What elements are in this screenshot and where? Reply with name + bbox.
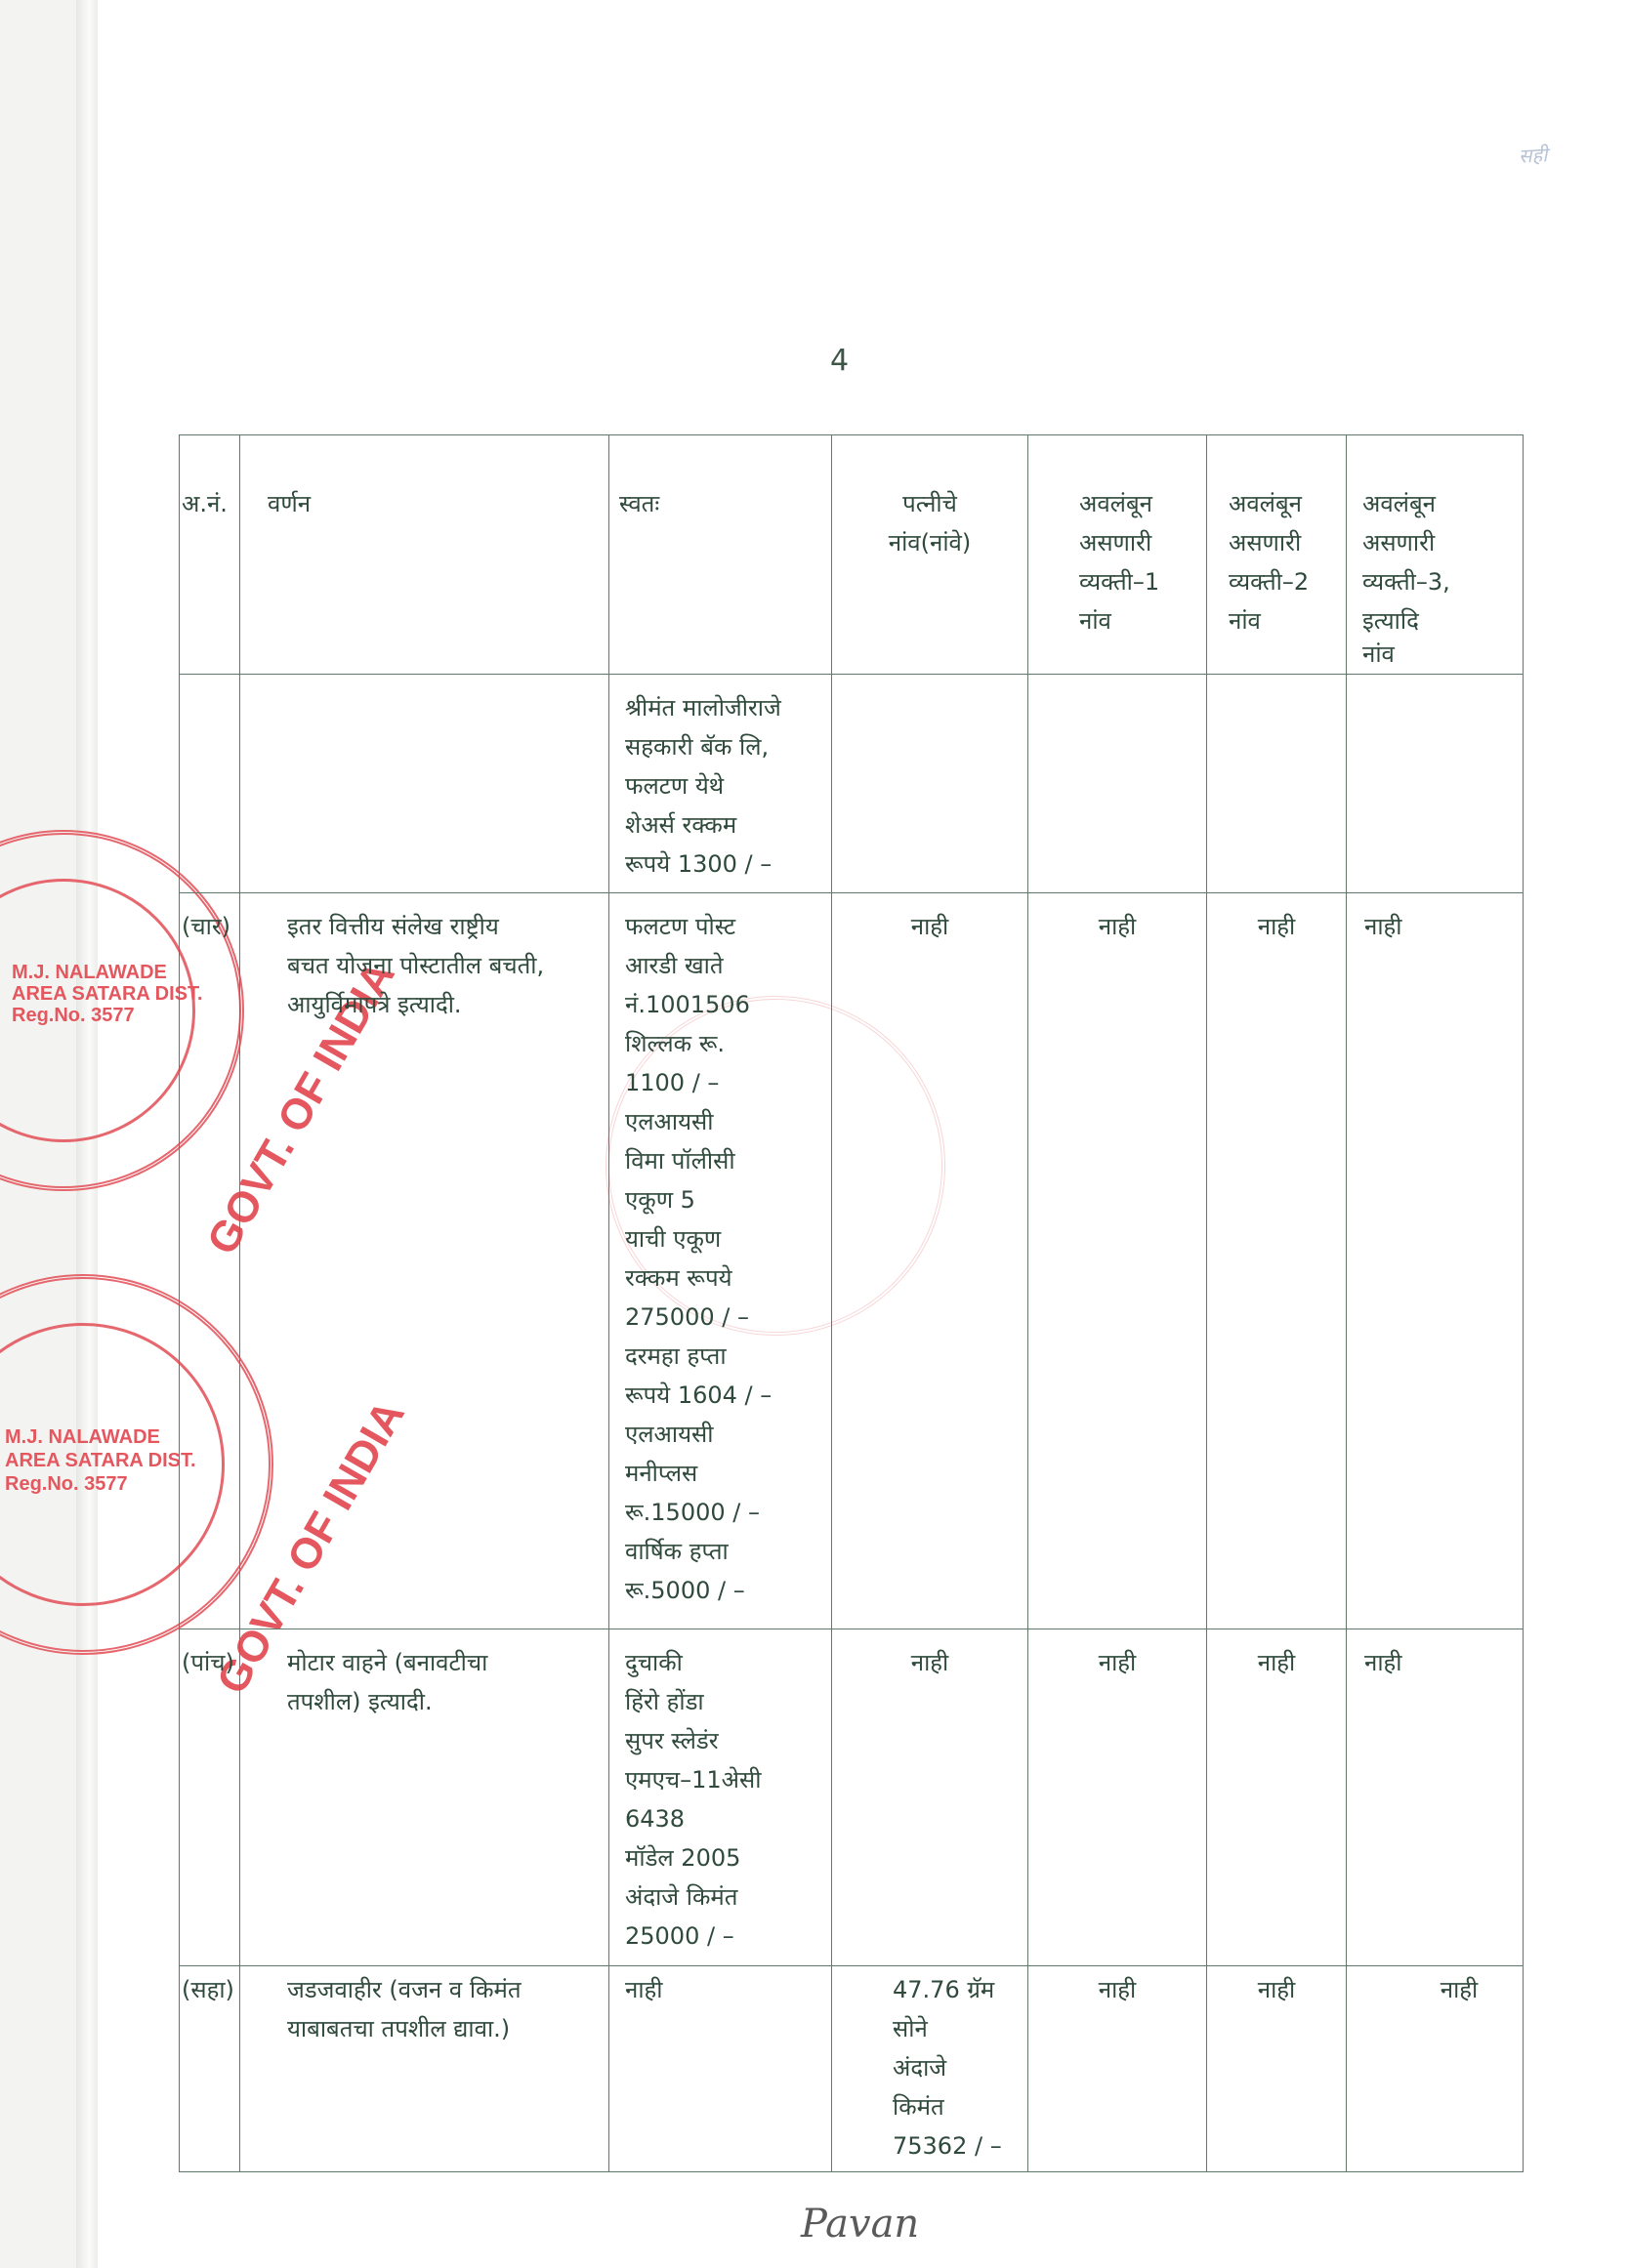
- stamp-reg: Reg.No. 3577: [12, 1005, 203, 1026]
- cell-line: हिंरो होंडा: [625, 1682, 821, 1721]
- cell-line: एमएच–11अेसी: [625, 1760, 821, 1799]
- header-dependent-1: अवलंबून असणारी व्यक्ती–1 नांव: [1028, 435, 1207, 675]
- cell-self: फलटण पोस्ट आरडी खाते नं.1001506 शिल्लक र…: [609, 893, 832, 1629]
- cell-line: मोटार वाहने (बनावटीचा: [287, 1643, 599, 1682]
- cell-line: 25000 / –: [625, 1917, 821, 1956]
- table-row: श्रीमंत मालोजीराजे सहकारी बॅक लि, फलटण य…: [180, 675, 1524, 893]
- cell-line: शेअर्स रक्कम: [625, 805, 821, 845]
- header-line: नांव(नांवे): [842, 523, 1018, 562]
- cell-description: मोटार वाहने (बनावटीचा तपशील) इत्यादी.: [240, 1629, 609, 1966]
- cell-line: मॉडेल 2005: [625, 1838, 821, 1877]
- cell-dependent-2: [1207, 675, 1347, 893]
- header-dependent-3: अवलंबून असणारी व्यक्ती–3, इत्यादि नांव: [1347, 435, 1524, 675]
- cell-spouse: 47.76 ग्रॅम सोने अंदाजे किमंत 75362 / –: [832, 1966, 1028, 2172]
- cell-line: फलटण येथे: [625, 766, 821, 805]
- table-row: (पांच) मोटार वाहने (बनावटीचा तपशील) इत्य…: [180, 1629, 1524, 1966]
- header-serial: अ.नं.: [180, 435, 240, 675]
- cell-line: किमंत: [893, 2087, 1018, 2126]
- cell-dependent-1: नाही: [1028, 1966, 1207, 2172]
- cell-description: इतर वित्तीय संलेख राष्ट्रीय बचत योजना पो…: [240, 893, 609, 1629]
- cell-line: रू.5000 / –: [625, 1571, 821, 1610]
- cell-dependent-3: नाही: [1347, 1629, 1524, 1966]
- header-line: पत्नीचे: [842, 484, 1018, 523]
- stamp-upper-text: M.J. NALAWADE AREA SATARA DIST. Reg.No. …: [12, 962, 203, 1026]
- asset-declaration-table: अ.नं. वर्णन स्वतः पत्नीचे नांव(नांवे) अव…: [179, 434, 1524, 2172]
- cell-description: [240, 675, 609, 893]
- cell-line: आयुर्विमापत्रे इत्यादी.: [287, 985, 599, 1024]
- page-number: 4: [830, 344, 849, 378]
- cell-line: रू.15000 / –: [625, 1493, 821, 1532]
- cell-line: श्रीमंत मालोजीराजे: [625, 688, 821, 727]
- cell-serial: (चार): [180, 893, 240, 1629]
- cell-dependent-2: नाही: [1207, 1629, 1347, 1966]
- cell-line: शिल्लक रू.: [625, 1024, 821, 1063]
- cell-line: बचत योजना पोस्टातील बचती,: [287, 946, 599, 985]
- header-line: अवलंबून: [1362, 484, 1513, 523]
- cell-line: एलआयसी: [625, 1102, 821, 1141]
- cell-dependent-3: नाही: [1347, 893, 1524, 1629]
- cell-line: अंदाजे किमंत: [625, 1877, 821, 1917]
- header-line: नांव: [1362, 640, 1513, 668]
- cell-serial: (सहा): [180, 1966, 240, 2172]
- header-line: इत्यादि: [1362, 601, 1513, 640]
- cell-line: रूपये 1604 / –: [625, 1376, 821, 1415]
- cell-line: जडजवाहीर (वजन व किमंत: [287, 1970, 599, 2009]
- cell-dependent-3: [1347, 675, 1524, 893]
- cell-line: 47.76 ग्रॅम: [893, 1970, 1018, 2009]
- signature: Pavan: [801, 2202, 919, 2247]
- cell-line: 1100 / –: [625, 1063, 821, 1102]
- cell-dependent-2: नाही: [1207, 893, 1347, 1629]
- cell-line: सुपर स्लेडंर: [625, 1721, 821, 1760]
- cell-line: इतर वित्तीय संलेख राष्ट्रीय: [287, 907, 599, 946]
- stamp-name: M.J. NALAWADE: [12, 962, 203, 983]
- cell-line: मनीप्लस: [625, 1454, 821, 1493]
- cell-self: श्रीमंत मालोजीराजे सहकारी बॅक लि, फलटण य…: [609, 675, 832, 893]
- cell-line: अंदाजे: [893, 2048, 1018, 2087]
- header-line: नांव: [1229, 601, 1336, 640]
- header-dependent-2: अवलंबून असणारी व्यक्ती–2 नांव: [1207, 435, 1347, 675]
- cell-line: याबाबतचा तपशील द्यावा.): [287, 2009, 599, 2048]
- cell-line: एकूण 5: [625, 1180, 821, 1219]
- cell-dependent-1: नाही: [1028, 1629, 1207, 1966]
- header-line: व्यक्ती–3,: [1362, 562, 1513, 601]
- cell-dependent-1: [1028, 675, 1207, 893]
- cell-self: दुचाकी हिंरो होंडा सुपर स्लेडंर एमएच–11अ…: [609, 1629, 832, 1966]
- header-self: स्वतः: [609, 435, 832, 675]
- cell-line: 275000 / –: [625, 1298, 821, 1337]
- stamp-area: AREA SATARA DIST.: [12, 983, 203, 1005]
- header-line: असणारी: [1229, 523, 1336, 562]
- cell-dependent-2: नाही: [1207, 1966, 1347, 2172]
- cell-spouse: नाही: [832, 893, 1028, 1629]
- stamp-lower-text: M.J. NALAWADE AREA SATARA DIST. Reg.No. …: [5, 1425, 196, 1496]
- cell-line: एलआयसी: [625, 1415, 821, 1454]
- cell-line: रक्कम रूपये: [625, 1258, 821, 1298]
- cell-description: जडजवाहीर (वजन व किमंत याबाबतचा तपशील द्य…: [240, 1966, 609, 2172]
- corner-initials: सही: [1518, 141, 1548, 168]
- cell-line: याची एकूण: [625, 1219, 821, 1258]
- cell-line: वार्षिक हप्ता: [625, 1532, 821, 1571]
- stamp-area: AREA SATARA DIST.: [5, 1449, 196, 1472]
- header-line: अवलंबून: [1079, 484, 1196, 523]
- header-line: अवलंबून: [1229, 484, 1336, 523]
- cell-line: 75362 / –: [893, 2126, 1018, 2165]
- cell-line: दुचाकी: [625, 1643, 821, 1682]
- cell-self: नाही: [609, 1966, 832, 2172]
- cell-serial: (पांच): [180, 1629, 240, 1966]
- table-row: (चार) इतर वित्तीय संलेख राष्ट्रीय बचत यो…: [180, 893, 1524, 1629]
- cell-line: नाही: [625, 1970, 821, 2009]
- table-row: (सहा) जडजवाहीर (वजन व किमंत याबाबतचा तपश…: [180, 1966, 1524, 2172]
- cell-line: सोने: [893, 2009, 1018, 2048]
- header-line: असणारी: [1362, 523, 1513, 562]
- header-line: व्यक्ती–1: [1079, 562, 1196, 601]
- header-spouse: पत्नीचे नांव(नांवे): [832, 435, 1028, 675]
- table-header-row: अ.नं. वर्णन स्वतः पत्नीचे नांव(नांवे) अव…: [180, 435, 1524, 675]
- cell-line: विमा पॉलीसी: [625, 1141, 821, 1180]
- stamp-reg: Reg.No. 3577: [5, 1472, 196, 1496]
- header-line: असणारी: [1079, 523, 1196, 562]
- cell-spouse: नाही: [832, 1629, 1028, 1966]
- cell-line: दरमहा हप्ता: [625, 1337, 821, 1376]
- cell-line: नं.1001506: [625, 985, 821, 1024]
- cell-line: सहकारी बॅक लि,: [625, 727, 821, 766]
- stamp-name: M.J. NALAWADE: [5, 1425, 196, 1449]
- header-line: नांव: [1079, 601, 1196, 640]
- cell-serial: [180, 675, 240, 893]
- cell-line: तपशील) इत्यादी.: [287, 1682, 599, 1721]
- cell-dependent-1: नाही: [1028, 893, 1207, 1629]
- cell-line: आरडी खाते: [625, 946, 821, 985]
- header-line: व्यक्ती–2: [1229, 562, 1336, 601]
- cell-line: रूपये 1300 / –: [625, 845, 821, 884]
- cell-dependent-3: नाही: [1347, 1966, 1524, 2172]
- cell-line: 6438: [625, 1799, 821, 1838]
- cell-line: फलटण पोस्ट: [625, 907, 821, 946]
- cell-spouse: [832, 675, 1028, 893]
- header-description: वर्णन: [240, 435, 609, 675]
